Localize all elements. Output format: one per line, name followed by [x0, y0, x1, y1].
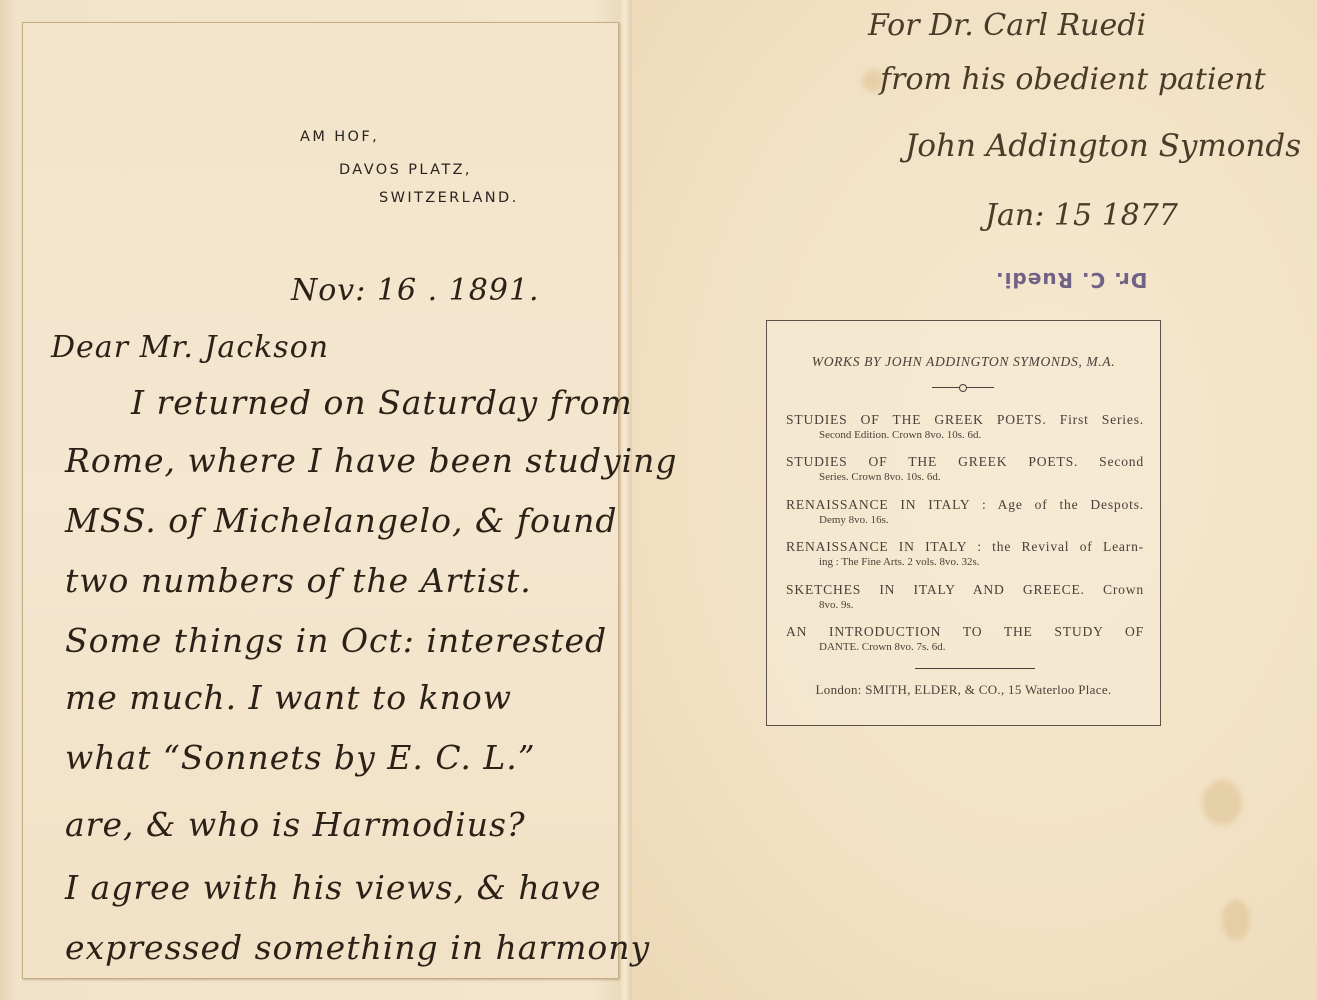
advert-entry: SKETCHES IN ITALY AND GREECE. Crown 8vo.… [786, 582, 1144, 611]
letter-line: two numbers of the Artist. [65, 561, 532, 600]
letter-line: are, & who is Harmodius? [65, 805, 526, 844]
letter-salutation: Dear Mr. Jackson [51, 330, 329, 365]
entry-title: RENAISSANCE IN ITALY : Age of the Despot… [786, 497, 1144, 513]
entry-detail: DANTE. Crown 8vo. 7s. 6d. [786, 641, 1144, 653]
entry-title: STUDIES OF THE GREEK POETS. First Series… [786, 412, 1144, 428]
letter-line: I agree with his views, & have [65, 868, 602, 907]
advert-entry: STUDIES OF THE GREEK POETS. Second Serie… [786, 454, 1144, 483]
tipped-in-letter: AM HOF, DAVOS PLATZ, SWITZERLAND. Nov: 1… [22, 22, 619, 979]
book-spread: AM HOF, DAVOS PLATZ, SWITZERLAND. Nov: 1… [0, 0, 1317, 1000]
ornament-rule [932, 387, 994, 388]
advert-entry: RENAISSANCE IN ITALY : Age of the Despot… [786, 497, 1144, 526]
advert-entry: AN INTRODUCTION TO THE STUDY OF DANTE. C… [786, 624, 1144, 653]
entry-detail: Second Edition. Crown 8vo. 10s. 6d. [786, 429, 1144, 441]
letter-line: Some things in Oct: interested [65, 621, 607, 660]
letterhead-line-3: SWITZERLAND. [379, 190, 519, 206]
letter-line: MSS. of Michelangelo, & found [65, 501, 618, 540]
letter-line: Rome, where I have been studying [65, 441, 678, 480]
letter-line: me much. I want to know [65, 678, 512, 717]
advert-entry: RENAISSANCE IN ITALY : the Revival of Le… [786, 539, 1144, 568]
inscription-line-1: For Dr. Carl Ruedi [868, 8, 1146, 43]
book-gutter [618, 0, 632, 1000]
entry-detail: ing : The Fine Arts. 2 vols. 8vo. 32s. [786, 556, 1144, 568]
foxing-stain [1222, 900, 1250, 940]
inscription-date: Jan: 15 1877 [985, 198, 1178, 233]
entry-detail: 8vo. 9s. [786, 599, 1144, 611]
entry-detail: Series. Crown 8vo. 10s. 6d. [786, 471, 1144, 483]
entry-title: RENAISSANCE IN ITALY : the Revival of Le… [786, 539, 1144, 555]
publisher-advert-box: WORKS BY JOHN ADDINGTON SYMONDS, M.A. ST… [766, 320, 1161, 726]
entry-title: AN INTRODUCTION TO THE STUDY OF [786, 624, 1144, 640]
letterhead-line-1: AM HOF, [300, 129, 379, 145]
advert-title: WORKS BY JOHN ADDINGTON SYMONDS, M.A. [767, 354, 1160, 370]
advert-entry: STUDIES OF THE GREEK POETS. First Series… [786, 412, 1144, 441]
publisher-imprint: London: SMITH, ELDER, & CO., 15 Waterloo… [767, 682, 1160, 698]
inscription-signature: John Addington Symonds [905, 128, 1301, 164]
divider-rule [915, 668, 1035, 669]
entry-title: SKETCHES IN ITALY AND GREECE. Crown [786, 582, 1144, 598]
letter-line: expressed something in harmony [65, 928, 650, 967]
letter-line: I returned on Saturday from [131, 383, 633, 422]
ownership-stamp: Dr. C. Ruedi. [995, 268, 1147, 292]
letter-date: Nov: 16 . 1891. [291, 273, 540, 308]
entry-detail: Demy 8vo. 16s. [786, 514, 1144, 526]
entry-title: STUDIES OF THE GREEK POETS. Second [786, 454, 1144, 470]
foxing-stain [1202, 780, 1242, 825]
letterhead-line-2: DAVOS PLATZ, [339, 162, 472, 178]
inscription-line-2: from his obedient patient [880, 62, 1266, 97]
letter-line: what “Sonnets by E. C. L.” [65, 738, 536, 777]
